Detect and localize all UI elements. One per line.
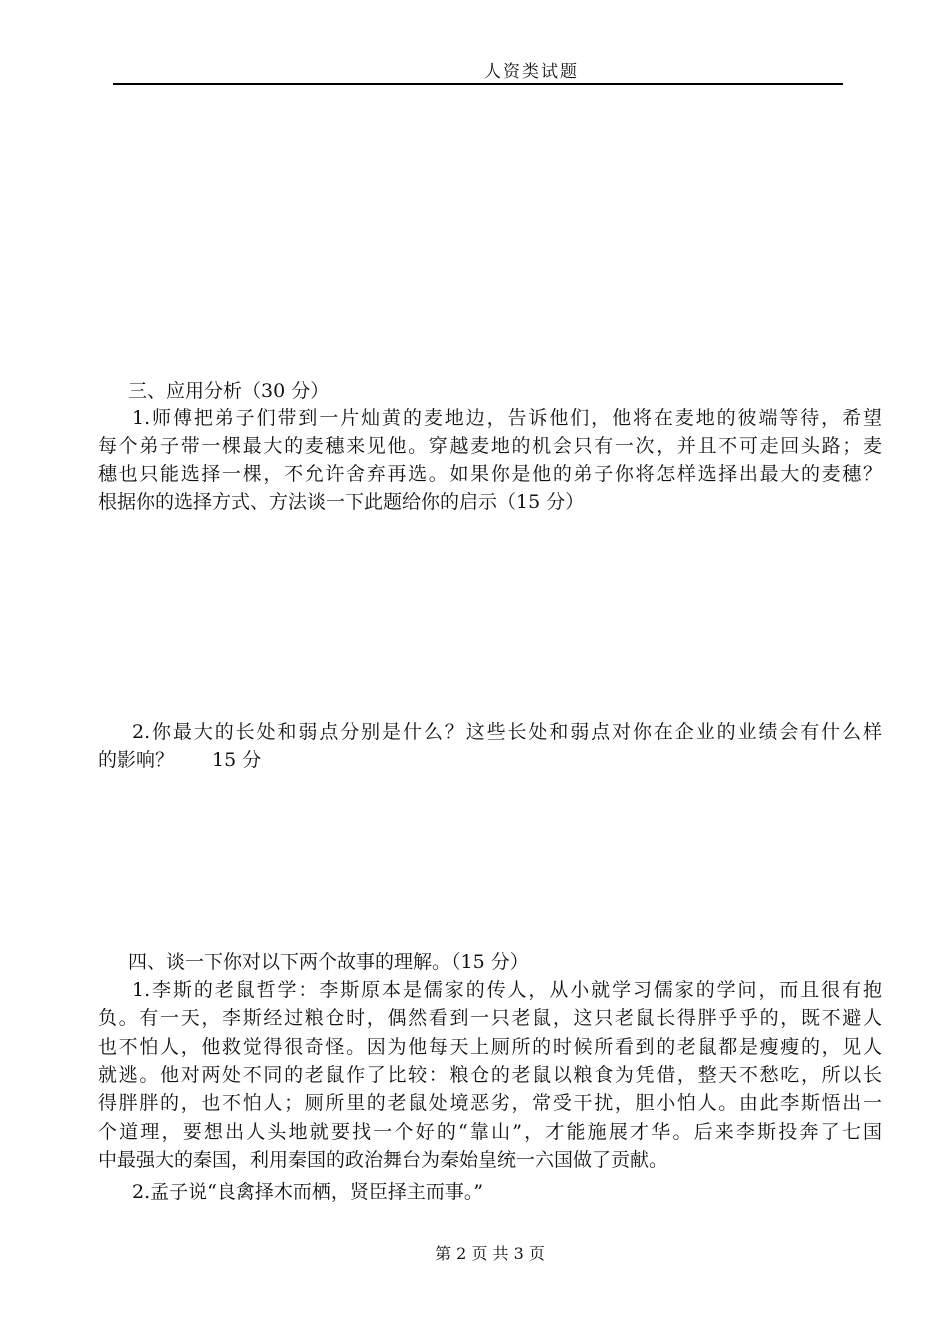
section3-question1-line-3: 穗也只能选择一棵，不允许舍弃再选。如果你是他的弟子你将怎样选择出最大的麦穗？ <box>98 460 882 488</box>
section4-story2-line-1: 2.孟子说“良禽择木而栖，贤臣择主而事。” <box>132 1178 483 1206</box>
section3-question1-line-4: 根据你的选择方式、方法谈一下此题给你的启示（15 分） <box>98 488 584 516</box>
section4-story1-line-4: 就逃。他对两处不同的老鼠作了比较：粮仓的老鼠以粮食为凭借，整天不愁吃，所以长 <box>98 1061 882 1089</box>
page-footer-page-number: 第 2 页 共 3 页 <box>0 1242 950 1266</box>
section3-question2-line-2: 的影响？ 15 分 <box>98 746 261 774</box>
section4-story1-line-3: 也不怕人，他救觉得很奇怪。因为他每天上厕所的时候所看到的老鼠都是瘦瘦的，见人 <box>98 1033 882 1061</box>
page-header-title: 人资类试题 <box>484 60 579 84</box>
section4-story1-line-7: 中最强大的秦国，利用秦国的政治舞台为秦始皇统一六国做了贡献。 <box>98 1146 668 1174</box>
header-rule-divider <box>113 83 843 85</box>
section3-question1-line-1: 1.师傅把弟子们带到一片灿黄的麦地边，告诉他们，他将在麦地的彼端等待，希望 <box>132 404 882 432</box>
section3-question2-line-1: 2.你最大的长处和弱点分别是什么？这些长处和弱点对你在企业的业绩会有什么样 <box>132 718 882 746</box>
section4-story1-line-6: 个道理，要想出人头地就要找一个好的“靠山”，才能施展才华。后来李斯投奔了七国 <box>98 1118 882 1146</box>
section3-question1-line-2: 每个弟子带一棵最大的麦穗来见他。穿越麦地的机会只有一次，并且不可走回头路；麦 <box>98 432 882 460</box>
exam-document-page: 人资类试题 三、应用分析（30 分） 1.师傅把弟子们带到一片灿黄的麦地边，告诉… <box>0 0 950 1344</box>
section4-story1-line-2: 负。有一天，李斯经过粮仓时，偶然看到一只老鼠，这只老鼠长得胖乎乎的，既不避人 <box>98 1004 882 1032</box>
section3-heading: 三、应用分析（30 分） <box>128 377 329 405</box>
section4-story1-line-5: 得胖胖的，也不怕人；厕所里的老鼠处境恶劣，常受干扰，胆小怕人。由此李斯悟出一 <box>98 1089 882 1117</box>
section4-story1-line-1: 1.李斯的老鼠哲学：李斯原本是儒家的传人，从小就学习儒家的学问，而且很有抱 <box>132 976 882 1004</box>
section4-heading: 四、谈一下你对以下两个故事的理解。（15 分） <box>128 948 529 976</box>
